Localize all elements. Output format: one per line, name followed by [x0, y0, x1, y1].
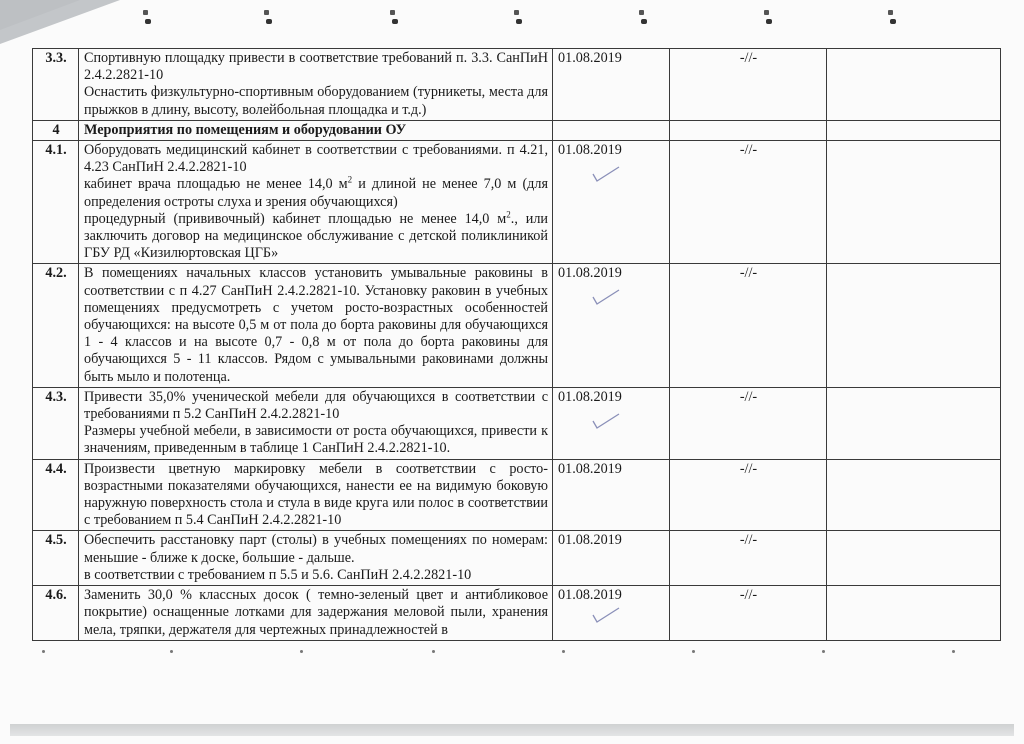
table-row: 4.2.В помещениях начальных классов устан… [33, 264, 1001, 387]
row-number: 4.3. [33, 387, 79, 459]
table-row: 4.5.Обеспечить расстановку парт (столы) … [33, 531, 1001, 586]
deadline-date: 01.08.2019 [553, 387, 670, 459]
measure-description: Произвести цветную маркировку мебели в с… [79, 459, 553, 531]
description-line: Спортивную площадку привести в соответст… [84, 50, 548, 84]
note-cell [827, 387, 1001, 459]
table-row: 4.6.Заменить 30,0 % классных досок ( тем… [33, 586, 1001, 641]
deadline-date: 01.08.2019 [553, 459, 670, 531]
deadline-date: 01.08.2019 [553, 264, 670, 387]
row-number: 4.5. [33, 531, 79, 586]
responsible-cell [670, 120, 827, 140]
description-line: кабинет врача площадью не менее 14,0 м2 … [84, 176, 548, 210]
measure-description: Привести 35,0% ученической мебели для об… [79, 387, 553, 459]
binder-hole-mark [378, 6, 404, 30]
table-row: 3.3.Спортивную площадку привести в соотв… [33, 49, 1001, 121]
description-line: процедурный (прививочный) кабинет площад… [84, 211, 548, 263]
row-number: 4.1. [33, 141, 79, 264]
description-line: в соответствии с требованием п 5.5 и 5.6… [84, 567, 548, 584]
note-cell [827, 120, 1001, 140]
binder-hole-mark [752, 6, 778, 30]
deadline-date: 01.08.2019 [553, 141, 670, 264]
checkmark-icon [591, 288, 621, 306]
responsible-ditto: -//- [670, 49, 827, 121]
checkmark-icon [591, 165, 621, 183]
table-row: 4.4.Произвести цветную маркировку мебели… [33, 459, 1001, 531]
note-cell [827, 49, 1001, 121]
description-line: Обеспечить расстановку парт (столы) в уч… [84, 532, 548, 566]
scan-bottom-edge [10, 724, 1014, 736]
note-cell [827, 531, 1001, 586]
description-line: Произвести цветную маркировку мебели в с… [84, 461, 548, 530]
responsible-ditto: -//- [670, 141, 827, 264]
measure-description: Заменить 30,0 % классных досок ( темно-з… [79, 586, 553, 641]
scan-corner-fold [0, 0, 120, 44]
description-line: Оборудовать медицинский кабинет в соотве… [84, 142, 548, 176]
responsible-ditto: -//- [670, 459, 827, 531]
binder-hole-mark [502, 6, 528, 30]
responsible-ditto: -//- [670, 264, 827, 387]
note-cell [827, 264, 1001, 387]
binder-hole-mark [131, 6, 157, 30]
measure-description: В помещениях начальных классов установит… [79, 264, 553, 387]
responsible-ditto: -//- [670, 531, 827, 586]
note-cell [827, 459, 1001, 531]
note-cell [827, 141, 1001, 264]
checkmark-icon [591, 412, 621, 430]
row-number: 4.4. [33, 459, 79, 531]
note-cell [827, 586, 1001, 641]
responsible-ditto: -//- [670, 586, 827, 641]
checkmark-icon [591, 606, 621, 624]
row-number: 4 [33, 120, 79, 140]
measure-description: Оборудовать медицинский кабинет в соотве… [79, 141, 553, 264]
table-row: 4.3.Привести 35,0% ученической мебели дл… [33, 387, 1001, 459]
requirements-table: 3.3.Спортивную площадку привести в соотв… [32, 48, 1001, 641]
row-number: 3.3. [33, 49, 79, 121]
row-number: 4.2. [33, 264, 79, 387]
measure-description: Спортивную площадку привести в соответст… [79, 49, 553, 121]
table-row: 4.1.Оборудовать медицинский кабинет в со… [33, 141, 1001, 264]
table-row: 4Мероприятия по помещениям и оборудовани… [33, 120, 1001, 140]
description-line: В помещениях начальных классов установит… [84, 265, 548, 385]
description-line: Заменить 30,0 % классных досок ( темно-з… [84, 587, 548, 639]
description-line: Размеры учебной мебели, в зависимости от… [84, 423, 548, 457]
description-line: Оснастить физкультурно-спортивным оборуд… [84, 84, 548, 118]
deadline-date: 01.08.2019 [553, 586, 670, 641]
deadline-date: 01.08.2019 [553, 531, 670, 586]
section-heading: Мероприятия по помещениям и оборудовании… [79, 120, 553, 140]
responsible-ditto: -//- [670, 387, 827, 459]
row-number: 4.6. [33, 586, 79, 641]
binder-hole-mark [252, 6, 278, 30]
measure-description: Обеспечить расстановку парт (столы) в уч… [79, 531, 553, 586]
deadline-date: 01.08.2019 [553, 49, 670, 121]
date-cell [553, 120, 670, 140]
binder-hole-mark [627, 6, 653, 30]
description-line: Привести 35,0% ученической мебели для об… [84, 389, 548, 423]
binder-hole-mark [876, 6, 902, 30]
